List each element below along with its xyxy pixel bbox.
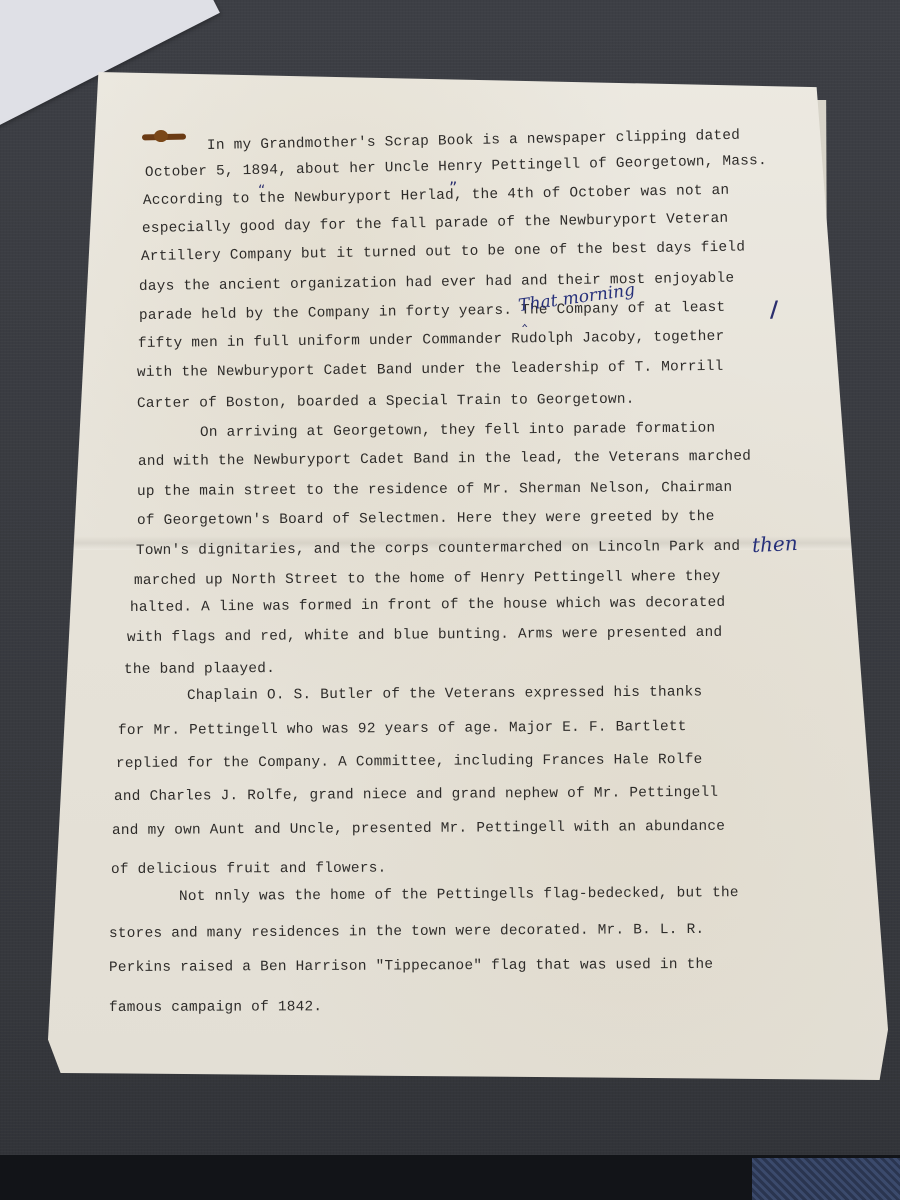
handwritten-caret: ‸ [522,308,527,327]
handwritten-strike: / [770,298,778,323]
text-line: the band plaayed. [124,661,275,678]
handwritten-insert-then: then [751,531,798,557]
text-line: of delicious fruit and flowers. [111,861,387,878]
text-line: famous campaign of 1842. [109,999,322,1016]
handwritten-open-quote: “ [258,183,265,199]
staple-rust-mark [142,134,186,141]
text-line: Perkins raised a Ben Harrison "Tippecano… [109,957,713,976]
fabric-corner [752,1158,900,1200]
handwritten-close-quote: ” [449,178,457,197]
